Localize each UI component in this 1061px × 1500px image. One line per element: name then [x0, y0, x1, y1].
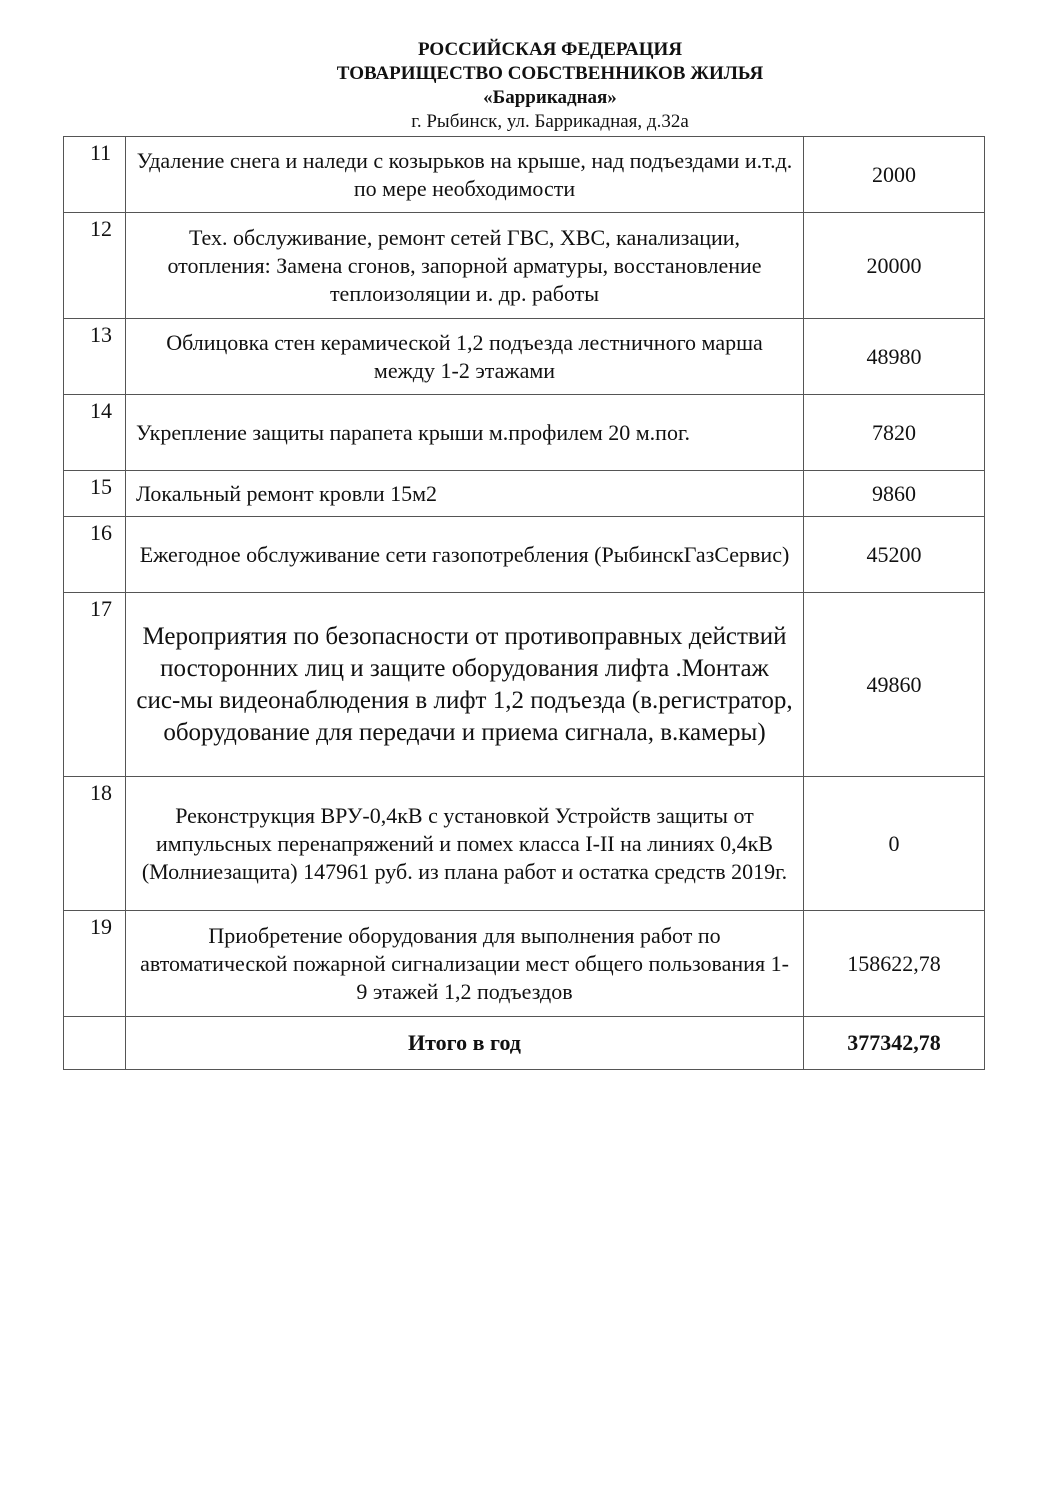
- row-number: 18: [64, 777, 126, 911]
- row-description: Реконструкция ВРУ-0,4кВ с установкой Уст…: [126, 777, 804, 911]
- row-number: 15: [64, 471, 126, 517]
- row-description: Укрепление защиты парапета крыши м.профи…: [126, 395, 804, 471]
- row-amount: 158622,78: [804, 911, 985, 1017]
- row-number: 13: [64, 319, 126, 395]
- table-row: 13 Облицовка стен керамической 1,2 подъе…: [64, 319, 985, 395]
- header-country: РОССИЙСКАЯ ФЕДЕРАЦИЯ: [0, 38, 1061, 62]
- row-description: Облицовка стен керамической 1,2 подъезда…: [126, 319, 804, 395]
- row-description: Тех. обслуживание, ремонт сетей ГВС, ХВС…: [126, 213, 804, 319]
- row-number: 19: [64, 911, 126, 1017]
- row-number: 16: [64, 517, 126, 593]
- total-label: Итого в год: [126, 1017, 804, 1070]
- row-number: 17: [64, 593, 126, 777]
- table-row: 19 Приобретение оборудования для выполне…: [64, 911, 985, 1017]
- row-description: Локальный ремонт кровли 15м2: [126, 471, 804, 517]
- row-number: 14: [64, 395, 126, 471]
- header-address: г. Рыбинск, ул. Баррикадная, д.32а: [0, 110, 1061, 134]
- table-row: 15 Локальный ремонт кровли 15м2 9860: [64, 471, 985, 517]
- row-amount: 49860: [804, 593, 985, 777]
- table-row: 14 Укрепление защиты парапета крыши м.пр…: [64, 395, 985, 471]
- row-number: 11: [64, 137, 126, 213]
- table-row: 11 Удаление снега и наледи с козырьков н…: [64, 137, 985, 213]
- row-amount: 7820: [804, 395, 985, 471]
- header-organization: ТОВАРИЩЕСТВО СОБСТВЕННИКОВ ЖИЛЬЯ: [0, 62, 1061, 86]
- row-amount: 0: [804, 777, 985, 911]
- row-amount: 48980: [804, 319, 985, 395]
- works-table: 11 Удаление снега и наледи с козырьков н…: [63, 136, 985, 1070]
- row-amount: 20000: [804, 213, 985, 319]
- table-row: 12 Тех. обслуживание, ремонт сетей ГВС, …: [64, 213, 985, 319]
- row-description: Ежегодное обслуживание сети газопотребле…: [126, 517, 804, 593]
- table-row: 18 Реконструкция ВРУ-0,4кВ с установкой …: [64, 777, 985, 911]
- total-number: [64, 1017, 126, 1070]
- table-row: 17 Мероприятия по безопасности от против…: [64, 593, 985, 777]
- row-amount: 2000: [804, 137, 985, 213]
- row-description: Приобретение оборудования для выполнения…: [126, 911, 804, 1017]
- total-row: Итого в год 377342,78: [64, 1017, 985, 1070]
- row-amount: 9860: [804, 471, 985, 517]
- row-number: 12: [64, 213, 126, 319]
- table-row: 16 Ежегодное обслуживание сети газопотре…: [64, 517, 985, 593]
- document-header: РОССИЙСКАЯ ФЕДЕРАЦИЯ ТОВАРИЩЕСТВО СОБСТВ…: [0, 38, 1061, 134]
- row-amount: 45200: [804, 517, 985, 593]
- row-description: Мероприятия по безопасности от противопр…: [126, 593, 804, 777]
- header-organization-name: «Баррикадная»: [0, 86, 1061, 110]
- row-description: Удаление снега и наледи с козырьков на к…: [126, 137, 804, 213]
- total-amount: 377342,78: [804, 1017, 985, 1070]
